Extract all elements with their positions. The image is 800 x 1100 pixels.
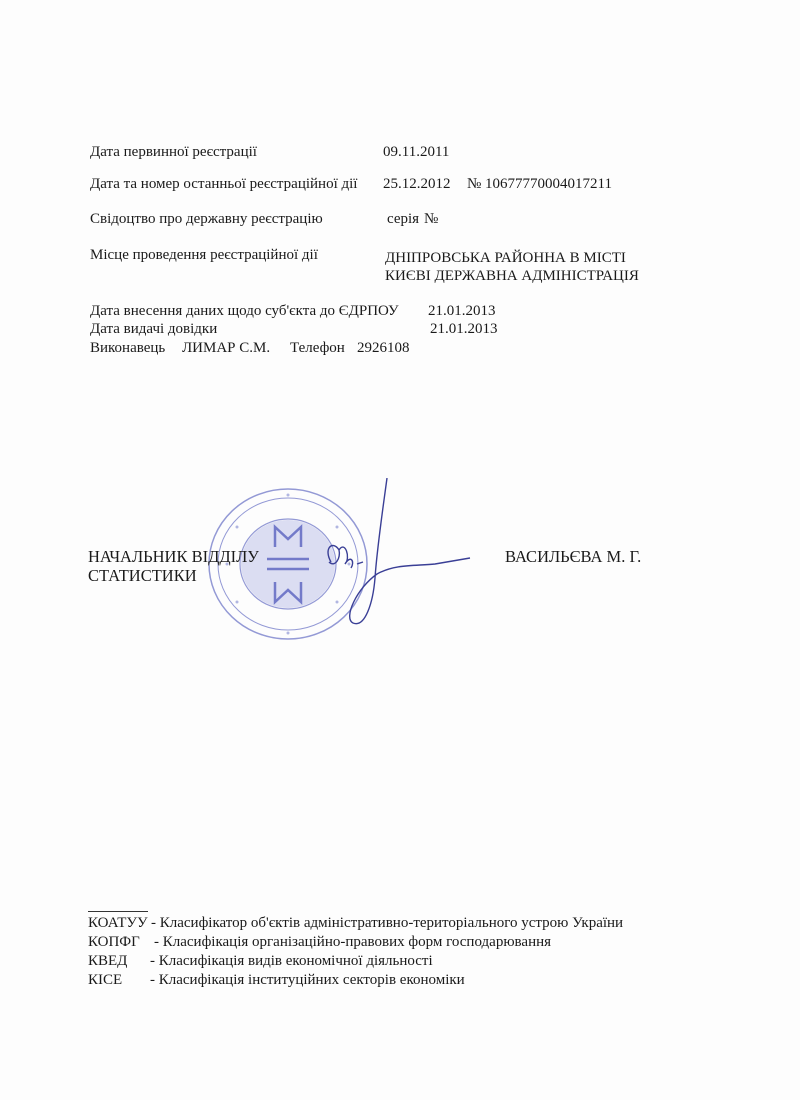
last-action-number: № 10677770004017211 — [467, 175, 612, 193]
certificate-series: серія — [387, 210, 419, 228]
signer-title-line2: СТАТИСТИКИ — [88, 567, 197, 585]
executor-label: Виконавець — [90, 339, 165, 357]
footnote-text: - Класифікація інституційних секторів ек… — [150, 971, 465, 989]
phone-label: Телефон — [290, 339, 345, 357]
footnote-abbr: КОАТУУ — [88, 914, 148, 932]
footnote-abbr: КВЕД — [88, 952, 127, 970]
executor-name: ЛИМАР С.М. — [182, 339, 270, 357]
edrpou-entry-date: 21.01.2013 — [428, 302, 496, 320]
phone-value: 2926108 — [357, 339, 410, 357]
footnote-text: - Класифікація видів економічної діяльно… — [150, 952, 433, 970]
footnote-abbr: КОПФГ — [88, 933, 140, 951]
place-line1: ДНІПРОВСЬКА РАЙОННА В МІСТІ — [385, 249, 626, 267]
footnote-abbr: КІСЕ — [88, 971, 122, 989]
issue-date-label: Дата видачі довідки — [90, 320, 217, 338]
edrpou-entry-label: Дата внесення даних щодо суб'єкта до ЄДР… — [90, 302, 399, 320]
place-line2: КИЄВІ ДЕРЖАВНА АДМІНІСТРАЦІЯ — [385, 267, 639, 285]
footnote-text: - Класифікатор об'єктів адміністративно-… — [151, 914, 623, 932]
certificate-label: Свідоцтво про державну реєстрацію — [90, 210, 323, 228]
last-action-label: Дата та номер останньої реєстраційної ді… — [90, 175, 357, 193]
signer-name: ВАСИЛЬЄВА М. Г. — [505, 548, 641, 566]
initial-registration-date: 09.11.2011 — [383, 143, 449, 161]
footnote-divider — [88, 911, 148, 912]
footnote-text: - Класифікація організаційно-правових фо… — [154, 933, 551, 951]
signature-icon — [305, 478, 495, 643]
signer-title-line1: НАЧАЛЬНИК ВІДДІЛУ — [88, 548, 259, 566]
issue-date-value: 21.01.2013 — [430, 320, 498, 338]
last-action-date: 25.12.2012 — [383, 175, 451, 193]
certificate-number-sign: № — [424, 210, 438, 228]
place-label: Місце проведення реєстраційної дії — [90, 246, 318, 264]
initial-registration-label: Дата первинної реєстрації — [90, 143, 257, 161]
